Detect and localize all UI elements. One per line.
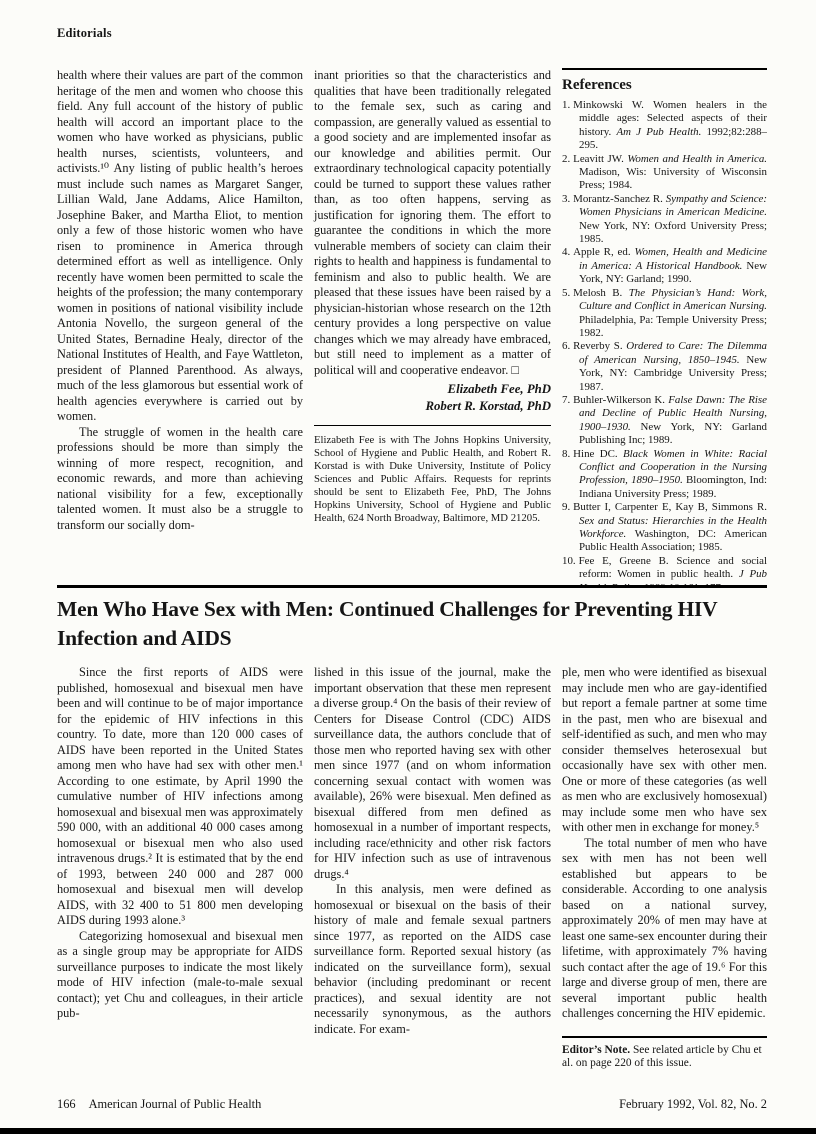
reference-item: 1.Minkowski W. Women healers in the midd… xyxy=(562,99,767,153)
reference-text: Butter I, Carpenter E, Kay B, Simmons R. xyxy=(573,501,767,513)
reference-item: 10.Fee E, Greene B. Science and social r… xyxy=(562,555,767,585)
page-bottom-bar xyxy=(0,1128,816,1134)
reference-text: New York, NY: Oxford University Press; 1… xyxy=(579,220,767,245)
signature-author-1: Elizabeth Fee, PhD xyxy=(314,381,551,398)
article-column-1: Since the first reports of AIDS were pub… xyxy=(57,665,303,1077)
footer-issue-info: February 1992, Vol. 82, No. 2 xyxy=(619,1097,767,1112)
reference-number: 5. xyxy=(562,287,570,299)
article-title: Men Who Have Sex with Men: Continued Cha… xyxy=(57,595,767,653)
footer-journal-name: American Journal of Public Health xyxy=(89,1097,262,1111)
editorial-paragraph: health where their values are part of th… xyxy=(57,68,303,425)
reference-number: 4. xyxy=(562,246,570,258)
reference-item: 6.Reverby S. Ordered to Care: The Dilemm… xyxy=(562,340,767,394)
reference-item: 2.Leavitt JW. Women and Health in Americ… xyxy=(562,153,767,193)
article-paragraph: Since the first reports of AIDS were pub… xyxy=(57,665,303,929)
article-paragraph: The total number of men who have sex wit… xyxy=(562,836,767,1022)
editorial-section: health where their values are part of th… xyxy=(57,68,767,585)
editorial-column-1: health where their values are part of th… xyxy=(57,68,303,585)
reference-text: Philadelphia, Pa: Temple University Pres… xyxy=(579,314,767,339)
editorial-paragraph: The struggle of women in the health care… xyxy=(57,425,303,534)
footer-left: 166American Journal of Public Health xyxy=(57,1097,261,1112)
reference-text: Madison, Wis: University of Wisconsin Pr… xyxy=(579,166,767,191)
article-paragraph: lished in this issue of the journal, mak… xyxy=(314,665,551,882)
reference-item: 9.Butter I, Carpenter E, Kay B, Simmons … xyxy=(562,501,767,555)
reference-number: 1. xyxy=(562,99,570,111)
footer-page-number: 166 xyxy=(57,1097,76,1111)
reference-item: 8.Hine DC. Black Women in White: Racial … xyxy=(562,448,767,502)
reference-number: 2. xyxy=(562,153,570,165)
references-column: References 1.Minkowski W. Women healers … xyxy=(562,68,767,585)
references-list: 1.Minkowski W. Women healers in the midd… xyxy=(562,99,767,585)
reference-title: Am J Pub Health. xyxy=(616,126,701,138)
article-columns: Since the first reports of AIDS were pub… xyxy=(57,665,767,1077)
reference-text: Leavitt JW. xyxy=(573,153,627,165)
article-paragraph: ple, men who were identified as bisexual… xyxy=(562,665,767,836)
reference-item: 3.Morantz-Sanchez R. Sympathy and Scienc… xyxy=(562,193,767,247)
editorial-column-2: inant priorities so that the characteris… xyxy=(314,68,551,585)
reference-number: 3. xyxy=(562,193,570,205)
references-heading: References xyxy=(562,77,767,94)
reference-item: 5.Melosh B. The Physician’s Hand: Work, … xyxy=(562,287,767,341)
reference-text: Hine DC. xyxy=(573,448,623,460)
article-section: Men Who Have Sex with Men: Continued Cha… xyxy=(57,585,767,1077)
page-footer: 166American Journal of Public Health Feb… xyxy=(57,1097,767,1112)
article-top-rule xyxy=(57,585,767,588)
reference-text: Morantz-Sanchez R. xyxy=(573,193,666,205)
article-paragraph: In this analysis, men were defined as ho… xyxy=(314,882,551,1037)
journal-page: Editorials health where their values are… xyxy=(0,0,816,1134)
editor-note-label: Editor’s Note. xyxy=(562,1044,630,1056)
reference-number: 6. xyxy=(562,340,570,352)
author-signature-block: Elizabeth Fee, PhD Robert R. Korstad, Ph… xyxy=(314,381,551,415)
reference-number: 10. xyxy=(562,555,576,567)
reference-item: 4.Apple R, ed. Women, Health and Medicin… xyxy=(562,246,767,286)
article-column-2: lished in this issue of the journal, mak… xyxy=(314,665,551,1077)
reference-text: Reverby S. xyxy=(573,340,626,352)
signature-author-2: Robert R. Korstad, PhD xyxy=(314,398,551,415)
reference-number: 7. xyxy=(562,394,570,406)
article-paragraph: Categorizing homosexual and bisexual men… xyxy=(57,929,303,1022)
reference-text: Apple R, ed. xyxy=(573,246,634,258)
reference-item: 7.Buhler-Wilkerson K. False Dawn: The Ri… xyxy=(562,394,767,448)
reference-text: Buhler-Wilkerson K. xyxy=(573,394,668,406)
reference-number: 9. xyxy=(562,501,570,513)
editorial-paragraph: inant priorities so that the characteris… xyxy=(314,68,551,378)
section-label: Editorials xyxy=(57,26,112,41)
reference-number: 8. xyxy=(562,448,570,460)
article-column-3: ple, men who were identified as bisexual… xyxy=(562,665,767,1077)
editor-note: Editor’s Note. See related article by Ch… xyxy=(562,1036,767,1072)
reference-text: Melosh B. xyxy=(573,287,629,299)
reference-title: Women and Health in America. xyxy=(627,153,767,165)
affiliation-note: Elizabeth Fee is with The Johns Hopkins … xyxy=(314,425,551,525)
